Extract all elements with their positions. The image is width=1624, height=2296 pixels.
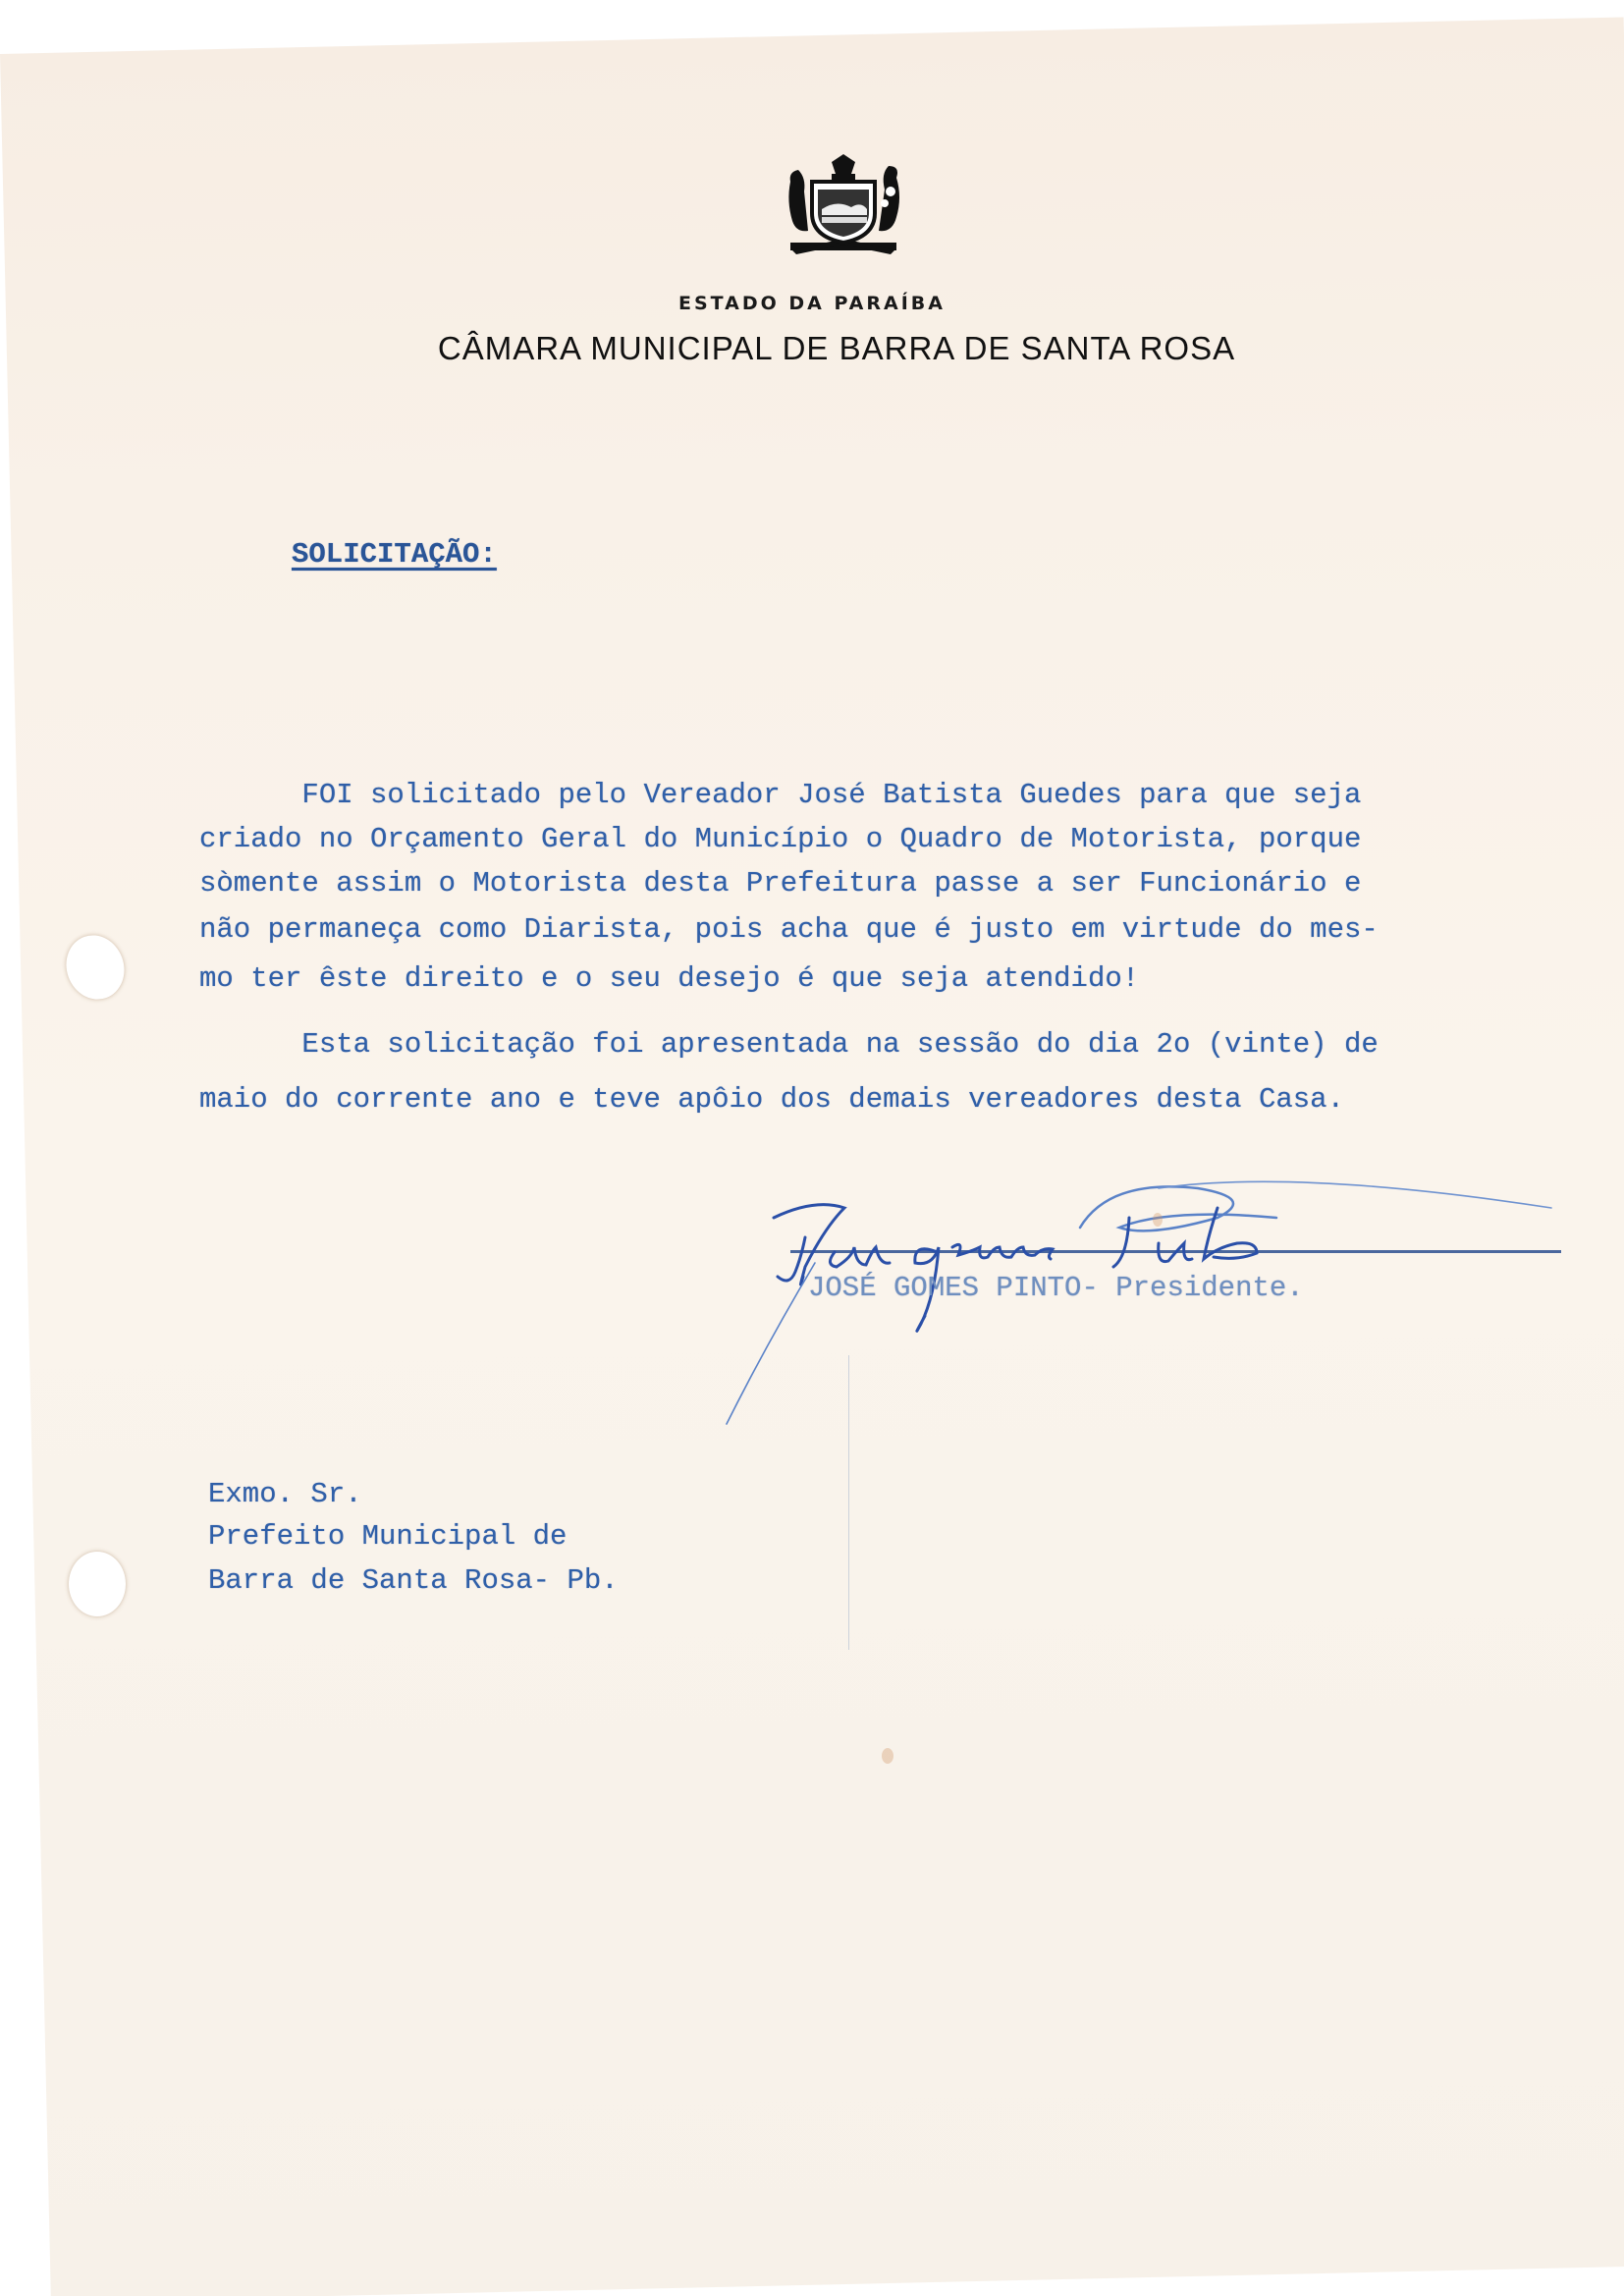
- document-page: ESTADO DA PARAÍBA CÂMARA MUNICIPAL DE BA…: [0, 0, 1624, 2249]
- document-heading: SOLICITAÇÃO:: [292, 538, 497, 571]
- paper-stain: [882, 1748, 893, 1764]
- body-line: sòmente assim o Motorista desta Prefeitu…: [199, 867, 1361, 900]
- addressee-line: Exmo. Sr.: [208, 1478, 362, 1510]
- body-line: FOI solicitado pelo Vereador José Batist…: [199, 779, 1361, 811]
- body-line: criado no Orçamento Geral do Município o…: [199, 823, 1361, 855]
- letterhead-state: ESTADO DA PARAÍBA: [0, 293, 1624, 314]
- addressee-line: Barra de Santa Rosa- Pb.: [208, 1564, 619, 1597]
- punch-hole: [57, 927, 133, 1008]
- addressee-line: Prefeito Municipal de: [208, 1520, 567, 1553]
- letterhead-chamber: CÂMARA MUNICIPAL DE BARRA DE SANTA ROSA: [0, 330, 1624, 367]
- punch-hole: [69, 1552, 126, 1616]
- body-line: maio do corrente ano e teve apôio dos de…: [199, 1083, 1344, 1116]
- paper-crease: [848, 1355, 849, 1650]
- paper-stain: [1153, 1213, 1163, 1227]
- body-line: mo ter êste direito e o seu desejo é que…: [199, 962, 1139, 995]
- body-line: não permaneça como Diarista, pois acha q…: [199, 913, 1379, 946]
- coat-of-arms-icon: [783, 152, 904, 258]
- body-line: Esta solicitação foi apresentada na sess…: [199, 1028, 1379, 1061]
- signer-name-title: JOSÉ GOMES PINTO- Presidente.: [808, 1272, 1304, 1304]
